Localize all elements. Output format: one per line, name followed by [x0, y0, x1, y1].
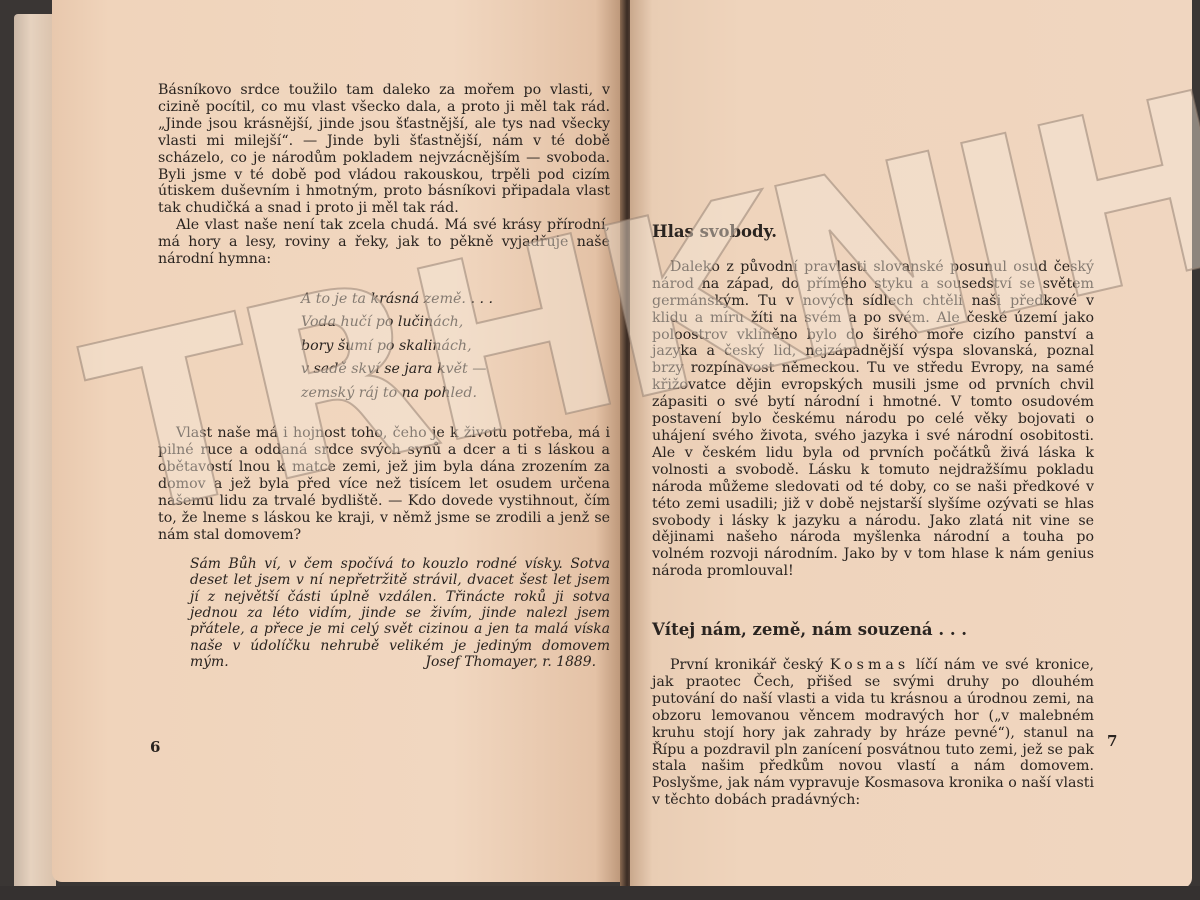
- poem-excerpt: A to je ta krásná země. . . . Voda hučí …: [301, 288, 610, 406]
- quote-signature: Josef Thomayer, r. 1889.: [190, 654, 610, 670]
- block-quote: Sám Bůh ví, v čem spočívá to kouzlo rodn…: [190, 556, 610, 671]
- poem-line: zemský ráj to na pohled.: [301, 382, 610, 406]
- page-edge: [14, 14, 56, 890]
- text-run: První kronikář český: [670, 657, 830, 673]
- scan-background: [0, 886, 1200, 900]
- spaced-name: Kosmas: [830, 657, 909, 673]
- right-page-text: Hlas svobody. Daleko z původní pravlasti…: [652, 224, 1094, 809]
- poem-line: bory šumí po skalinách,: [301, 335, 610, 359]
- page-number-right: 7: [1107, 732, 1117, 750]
- poem-line: Voda hučí po lučinách,: [301, 311, 610, 335]
- left-page-text: Básníkovo srdce toužilo tam daleko za mo…: [158, 82, 610, 671]
- text-run: líčí nám ve své kronice, jak praotec Čec…: [652, 657, 1094, 808]
- section-heading: Hlas svobody.: [652, 224, 1094, 241]
- paragraph: První kronikář český Kosmas líčí nám ve …: [652, 657, 1094, 809]
- paragraph: Básníkovo srdce toužilo tam daleko za mo…: [158, 82, 610, 217]
- poem-line: v sadě skví se jara květ —: [301, 358, 610, 382]
- paragraph: Daleko z původní pravlasti slovanské pos…: [652, 259, 1094, 580]
- paragraph: Vlast naše má i hojnost toho, čeho je k …: [158, 425, 610, 543]
- poem-line: A to je ta krásná země. . . .: [301, 288, 610, 312]
- book-spread: Básníkovo srdce toužilo tam daleko za mo…: [0, 0, 1200, 900]
- paragraph: Ale vlast naše není tak zcela chudá. Má …: [158, 217, 610, 268]
- page-number-left: 6: [150, 738, 160, 756]
- section-heading: Vítej nám, země, nám souzená . . .: [652, 622, 1094, 639]
